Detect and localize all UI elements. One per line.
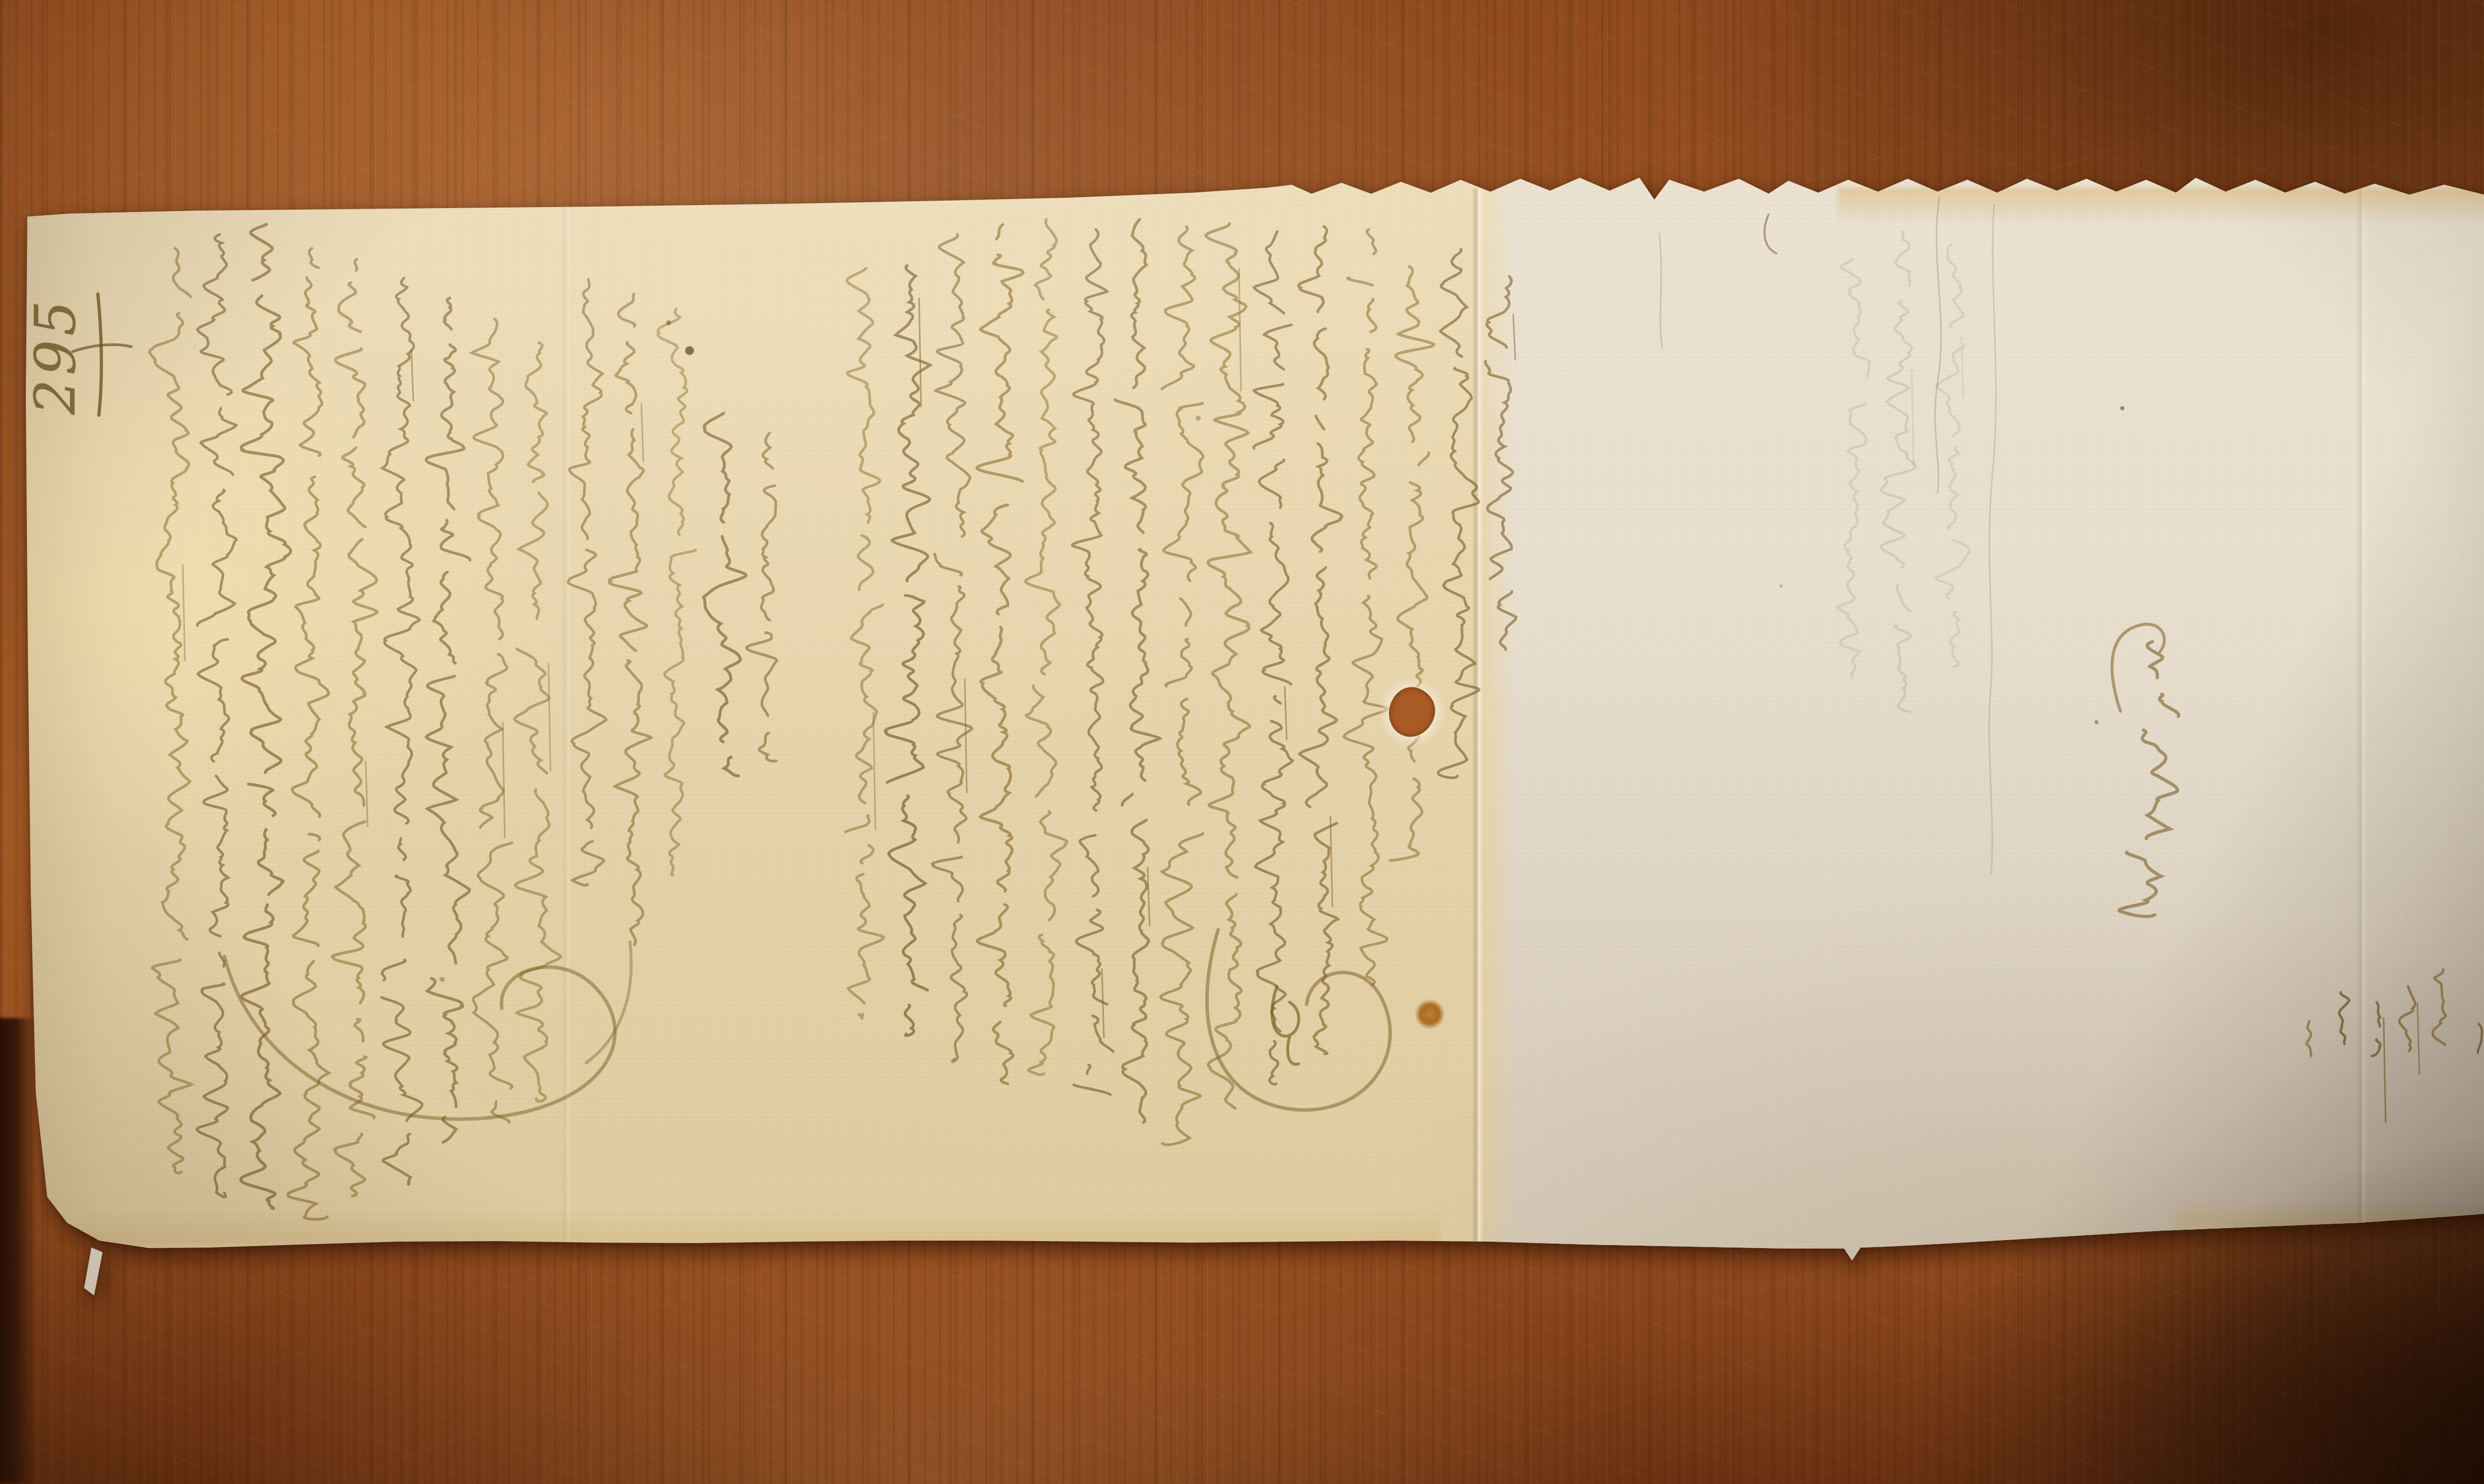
manuscript-paper: 295 <box>0 0 2484 1484</box>
paper-shadow-wrap: 295 <box>0 0 2484 1484</box>
top-edge-stain <box>1838 188 2484 224</box>
foxing-spot <box>1415 999 1445 1029</box>
fold-crease-center <box>1472 189 1483 1242</box>
page-number: 295 <box>23 297 88 415</box>
fold-crease-right <box>2356 189 2368 1242</box>
manuscript-photograph: 295 <box>0 0 2484 1484</box>
bottom-left-stain <box>75 1211 1441 1244</box>
torn-paper-tab <box>79 1247 104 1296</box>
bottom-edge-stain <box>2176 1201 2484 1227</box>
fold-crease-left-faint <box>560 189 572 1242</box>
worm-hole <box>1389 687 1435 737</box>
